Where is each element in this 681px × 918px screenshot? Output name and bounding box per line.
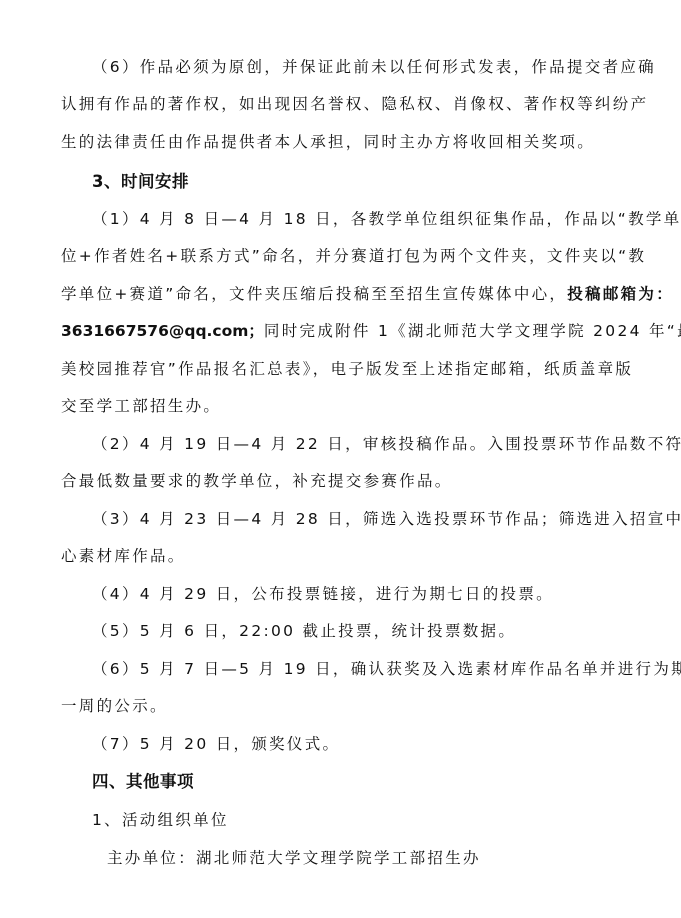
organizer-line: 主办单位：湖北师范大学文理学院学工部招生办 [107,846,663,870]
email-label: 投稿邮箱为： [567,285,674,303]
paragraph-line: 生的法律责任由作品提供者本人承担，同时主办方将收回相关奖项。 [61,130,617,154]
schedule-item-1-line: 美校园推荐官”作品报名汇总表》，电子版发至上述指定邮箱，纸质盖章版 [61,357,617,381]
schedule-item-1-line: 位+作者姓名+联系方式”命名，并分赛道打包为两个文件夹，文件夹以“教 [61,244,617,268]
schedule-item-6-line: （6）5 月 7 日—5 月 19 日，确认获奖及入选素材库作品名单并进行为期 [92,657,617,681]
schedule-item-1-line: （1）4 月 8 日—4 月 18 日，各教学单位组织征集作品，作品以“教学单 [92,207,617,231]
schedule-item-4: （4）4 月 29 日，公布投票链接，进行为期七日的投票。 [92,582,617,606]
section-heading-other: 四、其他事项 [92,770,617,794]
schedule-item-7: （7）5 月 20 日，颁奖仪式。 [92,732,617,756]
schedule-item-5: （5）5 月 6 日，22:00 截止投票，统计投票数据。 [92,619,617,643]
paragraph-line: 认拥有作品的著作权，如出现因名誉权、隐私权、肖像权、著作权等纠纷产 [61,92,617,116]
schedule-item-1-line: 3631667576@qq.com；同时完成附件 1《湖北师范大学文理学院 20… [61,319,617,343]
schedule-item-6-line: 一周的公示。 [61,694,617,718]
paragraph-line: （6）作品必须为原创，并保证此前未以任何形式发表，作品提交者应确 [92,55,617,79]
schedule-item-2-line: 合最低数量要求的教学单位，补充提交参赛作品。 [61,469,617,493]
schedule-item-1-line: 交至学工部招生办。 [61,394,617,418]
document-page: （6）作品必须为原创，并保证此前未以任何形式发表，作品提交者应确 认拥有作品的著… [0,0,681,918]
text-normal: 同时完成附件 1《湖北师范大学文理学院 2024 年“最 [264,322,681,340]
schedule-item-2-line: （2）4 月 19 日—4 月 22 日，审核投稿作品。入围投票环节作品数不符 [92,432,617,456]
subheading-organizer: 1、活动组织单位 [92,808,617,832]
text-normal: 学单位+赛道”命名，文件夹压缩后投稿至至招生宣传媒体中心， [61,285,567,303]
schedule-item-3-line: 心素材库作品。 [61,544,617,568]
schedule-item-3-line: （3）4 月 23 日—4 月 28 日，筛选入选投票环节作品；筛选进入招宣中 [92,507,617,531]
schedule-item-1-line: 学单位+赛道”命名，文件夹压缩后投稿至至招生宣传媒体中心，投稿邮箱为： [61,282,617,306]
section-heading-schedule: 3、时间安排 [92,170,617,194]
submission-email[interactable]: 3631667576@qq.com； [61,322,264,340]
